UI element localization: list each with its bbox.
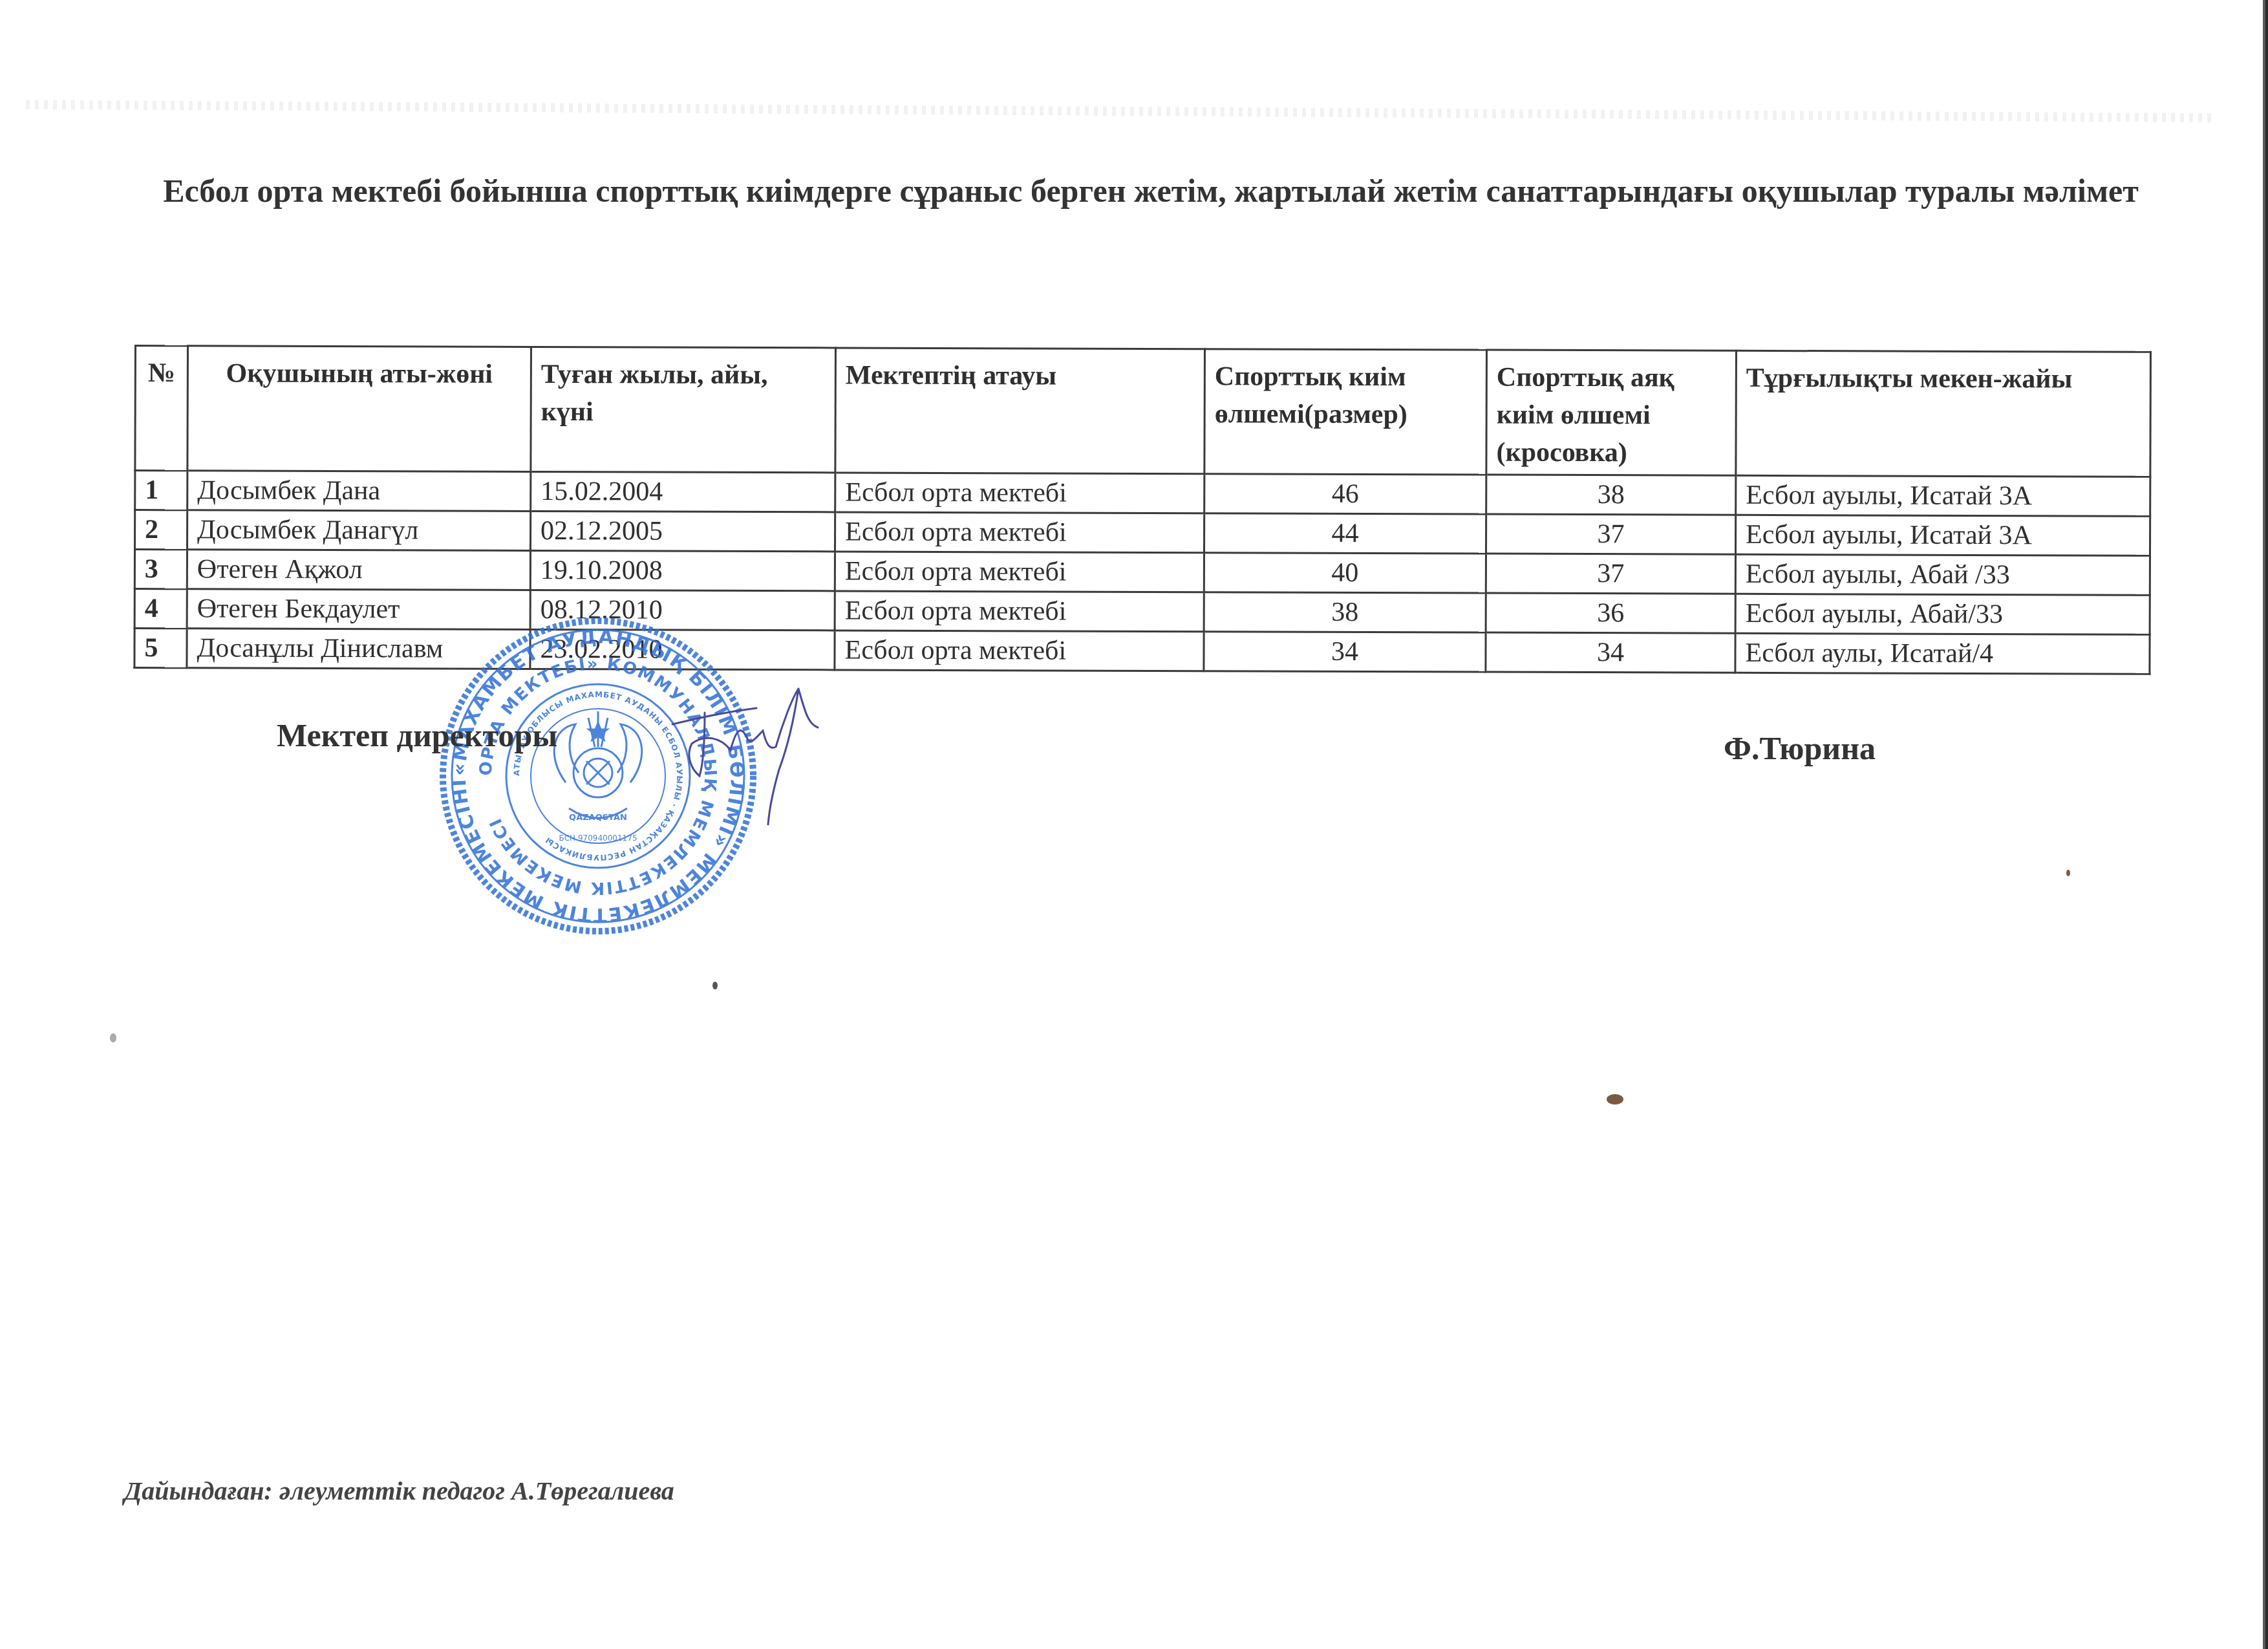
cell-shoe-size: 36 <box>1486 593 1735 633</box>
table-row: 1 Досымбек Дана 15.02.2004 Есбол орта ме… <box>135 471 2150 517</box>
cell-clothing-size: 34 <box>1204 632 1486 672</box>
cell-shoe-size: 37 <box>1486 554 1735 594</box>
table-header-row: № Оқушының аты-жөні Туған жылы, айы, күн… <box>135 346 2151 477</box>
cell-shoe-size: 37 <box>1486 514 1735 554</box>
cell-number: 1 <box>135 471 187 510</box>
cell-student-name: Өтеген Ақжол <box>187 550 530 590</box>
cell-number: 5 <box>134 629 187 668</box>
header-address: Тұрғылықты мекен-жайы <box>1736 350 2151 477</box>
cell-school-name: Есбол орта мектебі <box>835 512 1204 553</box>
cell-school-name: Есбол орта мектебі <box>835 591 1204 632</box>
cell-address: Есбол ауылы, Исатай 3А <box>1736 475 2150 516</box>
cell-student-name: Досымбек Данагүл <box>187 510 531 551</box>
cell-clothing-size: 44 <box>1204 513 1486 554</box>
header-shoe-size: Спорттық аяқ киім өлшемі (кросовка) <box>1486 350 1737 475</box>
cell-school-name: Есбол орта мектебі <box>835 630 1204 671</box>
scan-speck <box>110 1033 116 1042</box>
stamp-bin: БСН 970940001175 <box>559 834 637 843</box>
scan-speck <box>2066 870 2070 876</box>
header-clothing-size: Спорттық киім өлшемі(размер) <box>1204 349 1487 475</box>
cell-number: 4 <box>134 589 187 629</box>
cell-shoe-size: 38 <box>1486 475 1736 515</box>
director-signature <box>659 673 828 841</box>
cell-birth-date: 15.02.2004 <box>531 471 835 512</box>
scan-artifact <box>26 100 2211 123</box>
cell-student-name: Досымбек Дана <box>187 471 531 512</box>
state-emblem-icon <box>554 711 642 818</box>
cell-school-name: Есбол орта мектебі <box>835 473 1204 513</box>
cell-clothing-size: 38 <box>1204 592 1486 632</box>
cell-birth-date: 19.10.2008 <box>530 550 835 590</box>
cell-shoe-size: 34 <box>1486 632 1735 673</box>
scan-edge <box>2256 0 2268 1649</box>
director-title: Мектеп директоры <box>277 717 557 754</box>
cell-birth-date: 02.12.2005 <box>531 511 835 551</box>
header-birth-date: Туған жылы, айы, күні <box>531 347 836 472</box>
scan-speck <box>1607 1094 1623 1105</box>
cell-clothing-size: 40 <box>1204 553 1486 593</box>
cell-number: 3 <box>134 550 187 589</box>
stamp-emblem-text: QAZAQSTAN <box>569 813 627 823</box>
header-student-name: Оқушының аты-жөні <box>187 346 531 472</box>
header-school-name: Мектептің атауы <box>835 348 1205 474</box>
cell-clothing-size: 46 <box>1204 474 1486 514</box>
table-row: 2 Досымбек Данагүл 02.12.2005 Есбол орта… <box>135 510 2150 556</box>
cell-address: Есбол ауылы, Абай /33 <box>1735 554 2150 595</box>
director-name: Ф.Тюрина <box>1724 729 1876 767</box>
prepared-by-note: Дайындаған: әлеуметтік педагог А.Төрегал… <box>124 1476 674 1506</box>
cell-address: Есбол ауылы, Абай/33 <box>1735 594 2150 634</box>
document-title: Есбол орта мектебі бойынша спорттық киім… <box>123 169 2179 212</box>
cell-address: Есбол ауылы, Исатай 3А <box>1735 515 2150 555</box>
header-number: № <box>135 346 188 471</box>
cell-address: Есбол аулы, Исатай/4 <box>1735 633 2150 674</box>
table-row: 3 Өтеген Ақжол 19.10.2008 Есбол орта мек… <box>134 550 2150 596</box>
cell-number: 2 <box>135 510 187 550</box>
cell-school-name: Есбол орта мектебі <box>835 552 1204 592</box>
scan-speck <box>712 982 718 989</box>
